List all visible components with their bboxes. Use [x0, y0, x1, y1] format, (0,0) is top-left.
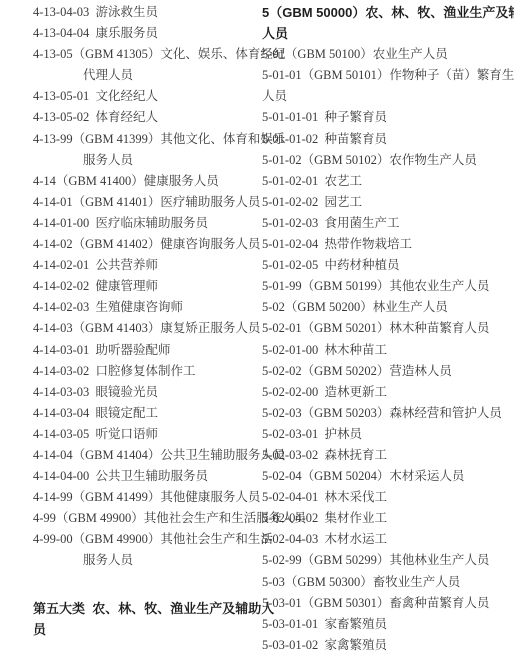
- section-heading-line: 5（GBM 50000）农、林、牧、渔业生产及辅助: [262, 2, 510, 23]
- entry-line: 4-14-03-01 助听器验配师: [33, 340, 257, 361]
- entry-line: 5-02-03-01 护林员: [262, 424, 510, 445]
- entry-line: 4-99（GBM 49900）其他社会生产和生活服务人员: [33, 508, 257, 529]
- entry-line: 4-14-03-03 眼镜验光员: [33, 382, 257, 403]
- entry-line: 5-02-02（GBM 50202）营造林人员: [262, 361, 510, 382]
- entry-line: 4-14-02-01 公共营养师: [33, 255, 257, 276]
- entry-line: 5-02-03-02 森林抚育工: [262, 445, 510, 466]
- entry-line: 4-13-05-01 文化经纪人: [33, 86, 257, 107]
- entry-line: 5-01-02-04 热带作物栽培工: [262, 234, 510, 255]
- left-column: 4-13-04-03 游泳救生员4-13-04-04 康乐服务员4-13-05（…: [33, 2, 257, 640]
- entry-line: 5-01（GBM 50100）农业生产人员: [262, 44, 510, 65]
- section-heading-line: 员: [33, 619, 257, 640]
- entry-line: 5-01-01-02 种苗繁育员: [262, 129, 510, 150]
- entry-line: 代理人员: [33, 65, 257, 86]
- entry-line: 4-14-01-00 医疗临床辅助服务员: [33, 213, 257, 234]
- entry-line: 5-02-04（GBM 50204）木材采运人员: [262, 466, 510, 487]
- section-heading-line: 第五大类 农、林、牧、渔业生产及辅助人: [33, 598, 257, 619]
- entry-line: 5-01-02（GBM 50102）农作物生产人员: [262, 150, 510, 171]
- entry-line: 5-02-02-00 造林更新工: [262, 382, 510, 403]
- right-column: 5（GBM 50000）农、林、牧、渔业生产及辅助人员5-01（GBM 5010…: [262, 2, 510, 656]
- entry-line: 4-13-04-03 游泳救生员: [33, 2, 257, 23]
- entry-line: 4-14-03-02 口腔修复体制作工: [33, 361, 257, 382]
- entry-line: 4-14-03（GBM 41403）康复矫正服务人员: [33, 318, 257, 339]
- entry-line: 4-13-05（GBM 41305）文化、娱乐、体育经纪: [33, 44, 257, 65]
- entry-line: 4-13-05-02 体育经纪人: [33, 107, 257, 128]
- entry-line: 4-14-02-02 健康管理师: [33, 276, 257, 297]
- entry-line: 4-14-04（GBM 41404）公共卫生辅助服务人员: [33, 445, 257, 466]
- entry-line: 4-13-99（GBM 41399）其他文化、体育和娱乐: [33, 129, 257, 150]
- entry-line: 4-99-00（GBM 49900）其他社会生产和生活: [33, 529, 257, 550]
- entry-line: 5-03（GBM 50300）畜牧业生产人员: [262, 572, 510, 593]
- entry-line: 5-02-04-01 林木采伐工: [262, 487, 510, 508]
- entry-line: 5-03-01（GBM 50301）畜禽种苗繁育人员: [262, 593, 510, 614]
- entry-line: 5-01-01-01 种子繁育员: [262, 107, 510, 128]
- entry-line: 服务人员: [33, 150, 257, 171]
- entry-line: 人员: [262, 86, 510, 107]
- entry-line: 4-14-01（GBM 41401）医疗辅助服务人员: [33, 192, 257, 213]
- entry-line: 5-02-01-00 林木种苗工: [262, 340, 510, 361]
- entry-line: 4-14-04-00 公共卫生辅助服务员: [33, 466, 257, 487]
- entry-line: 4-14-03-05 听觉口语师: [33, 424, 257, 445]
- entry-line: 4-14-99（GBM 41499）其他健康服务人员: [33, 487, 257, 508]
- entry-line: 5-02（GBM 50200）林业生产人员: [262, 297, 510, 318]
- entry-line: 4-14-02-03 生殖健康咨询师: [33, 297, 257, 318]
- entry-line: 5-03-01-01 家畜繁殖员: [262, 614, 510, 635]
- entry-line: 5-01-02-05 中药材种植员: [262, 255, 510, 276]
- entry-line: 4-13-04-04 康乐服务员: [33, 23, 257, 44]
- entry-line: 5-01-02-02 园艺工: [262, 192, 510, 213]
- entry-line: 5-02-04-03 木材水运工: [262, 529, 510, 550]
- entry-line: 5-01-01（GBM 50101）作物种子（苗）繁育生产: [262, 65, 510, 86]
- entry-line: 5-02-01（GBM 50201）林木种苗繁育人员: [262, 318, 510, 339]
- entry-line: 5-01-02-01 农艺工: [262, 171, 510, 192]
- section-heading-line: 人员: [262, 23, 510, 44]
- entry-line: 5-02-04-02 集材作业工: [262, 508, 510, 529]
- document-page: 4-13-04-03 游泳救生员4-13-04-04 康乐服务员4-13-05（…: [0, 0, 514, 660]
- blank-line: [33, 572, 257, 598]
- entry-line: 5-03-01-02 家禽繁殖员: [262, 635, 510, 656]
- entry-line: 4-14-02（GBM 41402）健康咨询服务人员: [33, 234, 257, 255]
- entry-line: 服务人员: [33, 550, 257, 571]
- entry-line: 4-14-03-04 眼镜定配工: [33, 403, 257, 424]
- entry-line: 5-01-99（GBM 50199）其他农业生产人员: [262, 276, 510, 297]
- entry-line: 5-02-03（GBM 50203）森林经营和管护人员: [262, 403, 510, 424]
- entry-line: 5-02-99（GBM 50299）其他林业生产人员: [262, 550, 510, 571]
- entry-line: 4-14（GBM 41400）健康服务人员: [33, 171, 257, 192]
- entry-line: 5-01-02-03 食用菌生产工: [262, 213, 510, 234]
